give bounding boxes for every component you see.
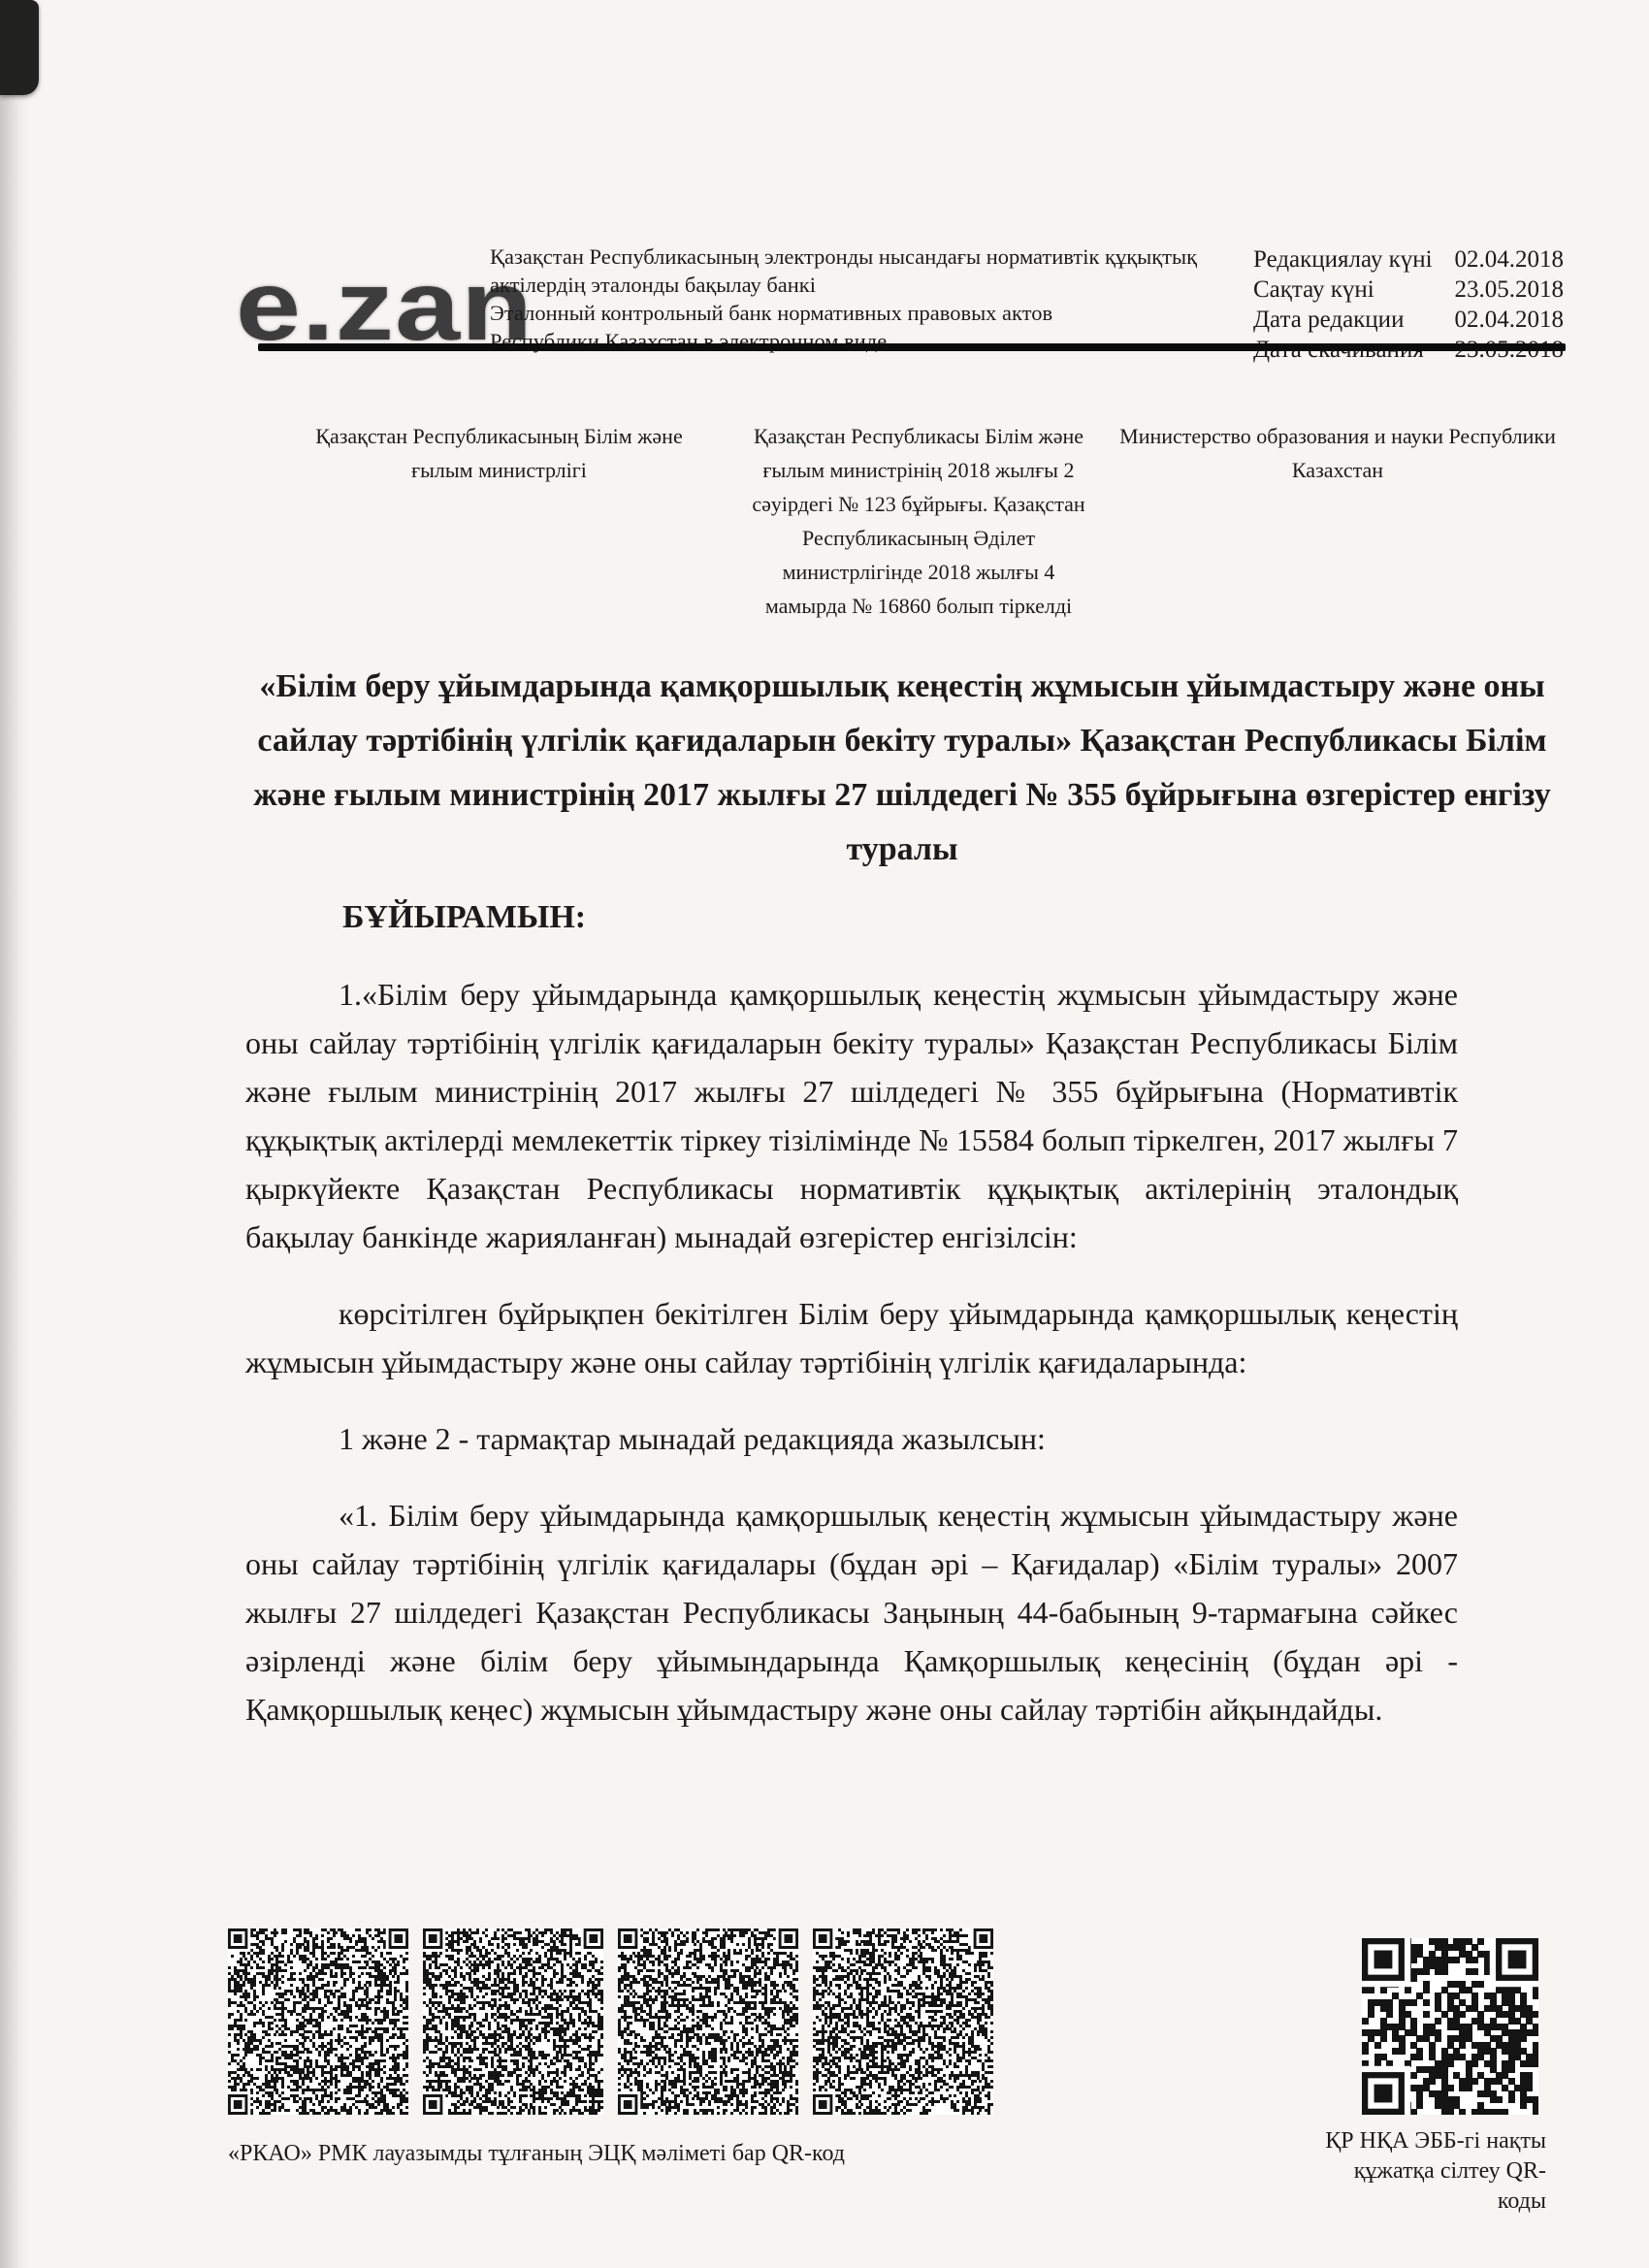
document-link-qr-caption: ҚР НҚА ЭББ-гі нақты құжатқа сілтеу QR-ко… — [1318, 2126, 1546, 2217]
order-heading: БҰЙЫРАМЫН: — [245, 896, 1458, 939]
paragraph: 1.«Білім беру ұйымдарында қамқоршылық ке… — [245, 970, 1458, 1261]
document-link-qr-code — [1362, 1938, 1538, 2115]
order-registration-info: Қазақстан Республикасы Білім және ғылым … — [745, 419, 1092, 623]
date-row: Редакциялау күні 02.04.2018 — [1253, 244, 1564, 275]
scan-edge-shadow — [0, 0, 29, 2268]
signature-qr-code — [228, 1928, 408, 2115]
ezan-logo: e.zan — [236, 256, 533, 355]
scanned-document-page: { "header": { "logo_text": "e.zan", "ban… — [0, 0, 1649, 2268]
authority-ru-ministry: Министерство образования и науки Республ… — [1106, 419, 1569, 487]
authority-kk-ministry: Қазақстан Республикасының Білім және ғыл… — [283, 419, 715, 487]
date-value: 02.04.2018 — [1455, 305, 1565, 335]
paragraph: «1. Білім беру ұйымдарында қамқоршылық к… — [245, 1491, 1458, 1733]
paragraph: көрсітілген бұйрықпен бекітілген Білім б… — [245, 1289, 1458, 1386]
document-body: 1.«Білім беру ұйымдарында қамқоршылық ке… — [245, 970, 1458, 1762]
date-value: 23.05.2018 — [1455, 275, 1565, 305]
date-label: Сақтау күні — [1253, 275, 1374, 305]
date-row: Дата редакции 02.04.2018 — [1253, 305, 1564, 335]
date-label: Дата редакции — [1253, 305, 1404, 335]
header-divider — [258, 343, 1566, 351]
date-value: 02.04.2018 — [1455, 244, 1565, 275]
date-row: Сақтау күні 23.05.2018 — [1253, 275, 1564, 305]
paragraph: 1 және 2 - тармақтар мынадай редакцияда … — [245, 1414, 1458, 1463]
signature-qr-code — [813, 1928, 993, 2115]
scan-corner-artifact — [0, 0, 39, 95]
legal-bank-title: Қазақстан Республикасының электронды ныс… — [490, 243, 1256, 355]
signature-qr-caption: «РКАО» РМК лауазымды тұлғаның ЭЦҚ мәліме… — [228, 2140, 1033, 2168]
date-label: Редакциялау күні — [1253, 244, 1433, 275]
signature-qr-code — [618, 1928, 798, 2115]
signature-qr-code — [423, 1928, 603, 2115]
document-title: «Білім беру ұйымдарында қамқоршылық кеңе… — [242, 660, 1562, 877]
